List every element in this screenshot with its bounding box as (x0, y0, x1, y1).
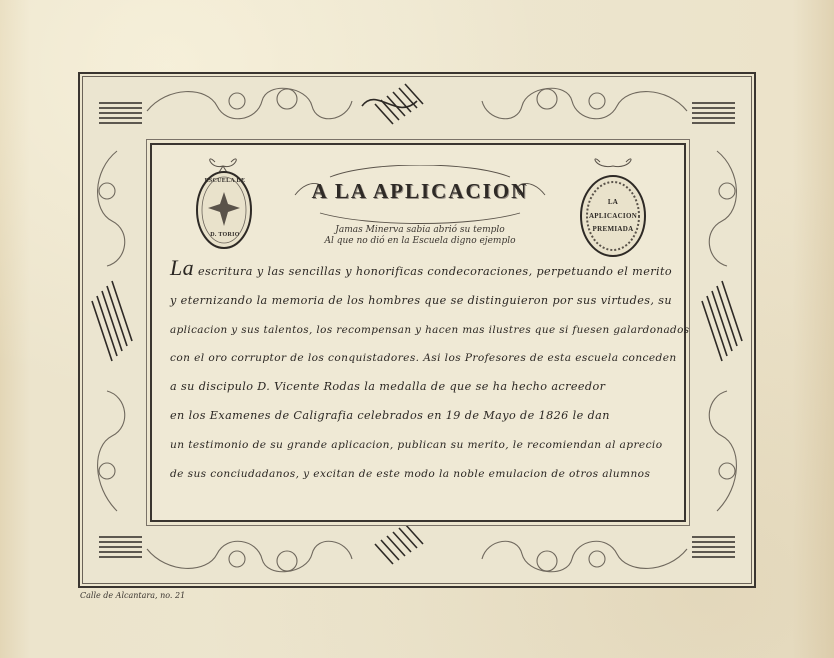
body-line-5: a su discipulo D. Vicente Rodas la medal… (170, 373, 670, 402)
certificate-title: A LA APLICACION (290, 179, 550, 204)
laurel-wreath-icon (570, 152, 656, 262)
medal-text-line-2: APLICACION (570, 212, 656, 220)
medal-text-line-1: LA (570, 198, 656, 206)
body-line-8: de sus conciudadanos, y excitan de este … (170, 460, 670, 489)
seal-text-top: ESCUELA DE (190, 178, 260, 184)
body-line-4: con el oro corruptor de los conquistador… (170, 344, 670, 373)
motto-line-2: Al que no dió en la Escuela digno ejempl… (290, 236, 550, 246)
seal-text-bottom: D. TORIO (190, 232, 260, 238)
printer-imprint: Calle de Alcantara, no. 21 (80, 591, 185, 600)
certificate-header: A LA APLICACION Jamas Minerva sabia abri… (290, 165, 550, 247)
medal-text-line-3: PREMIADA (570, 225, 656, 233)
award-medallion: LA APLICACION PREMIADA (570, 152, 656, 262)
motto-line-1: Jamas Minerva sabia abrió su templo (290, 225, 550, 235)
body-line-3: aplicacion y sus talentos, los recompens… (170, 316, 670, 345)
certificate-body-text: La escritura y las sencillas y honorific… (170, 258, 670, 488)
body-line-2: y eternizando la memoria de los hombres … (170, 287, 670, 316)
school-seal-medallion: ESCUELA DE D. TORIO (190, 152, 260, 252)
body-line-7: un testimonio de su grande aplicacion, p… (170, 431, 670, 460)
body-line-6: en los Examenes de Caligrafia celebrados… (170, 402, 670, 431)
drop-cap: La (170, 255, 194, 280)
body-line-1: La escritura y las sencillas y honorific… (170, 258, 670, 287)
